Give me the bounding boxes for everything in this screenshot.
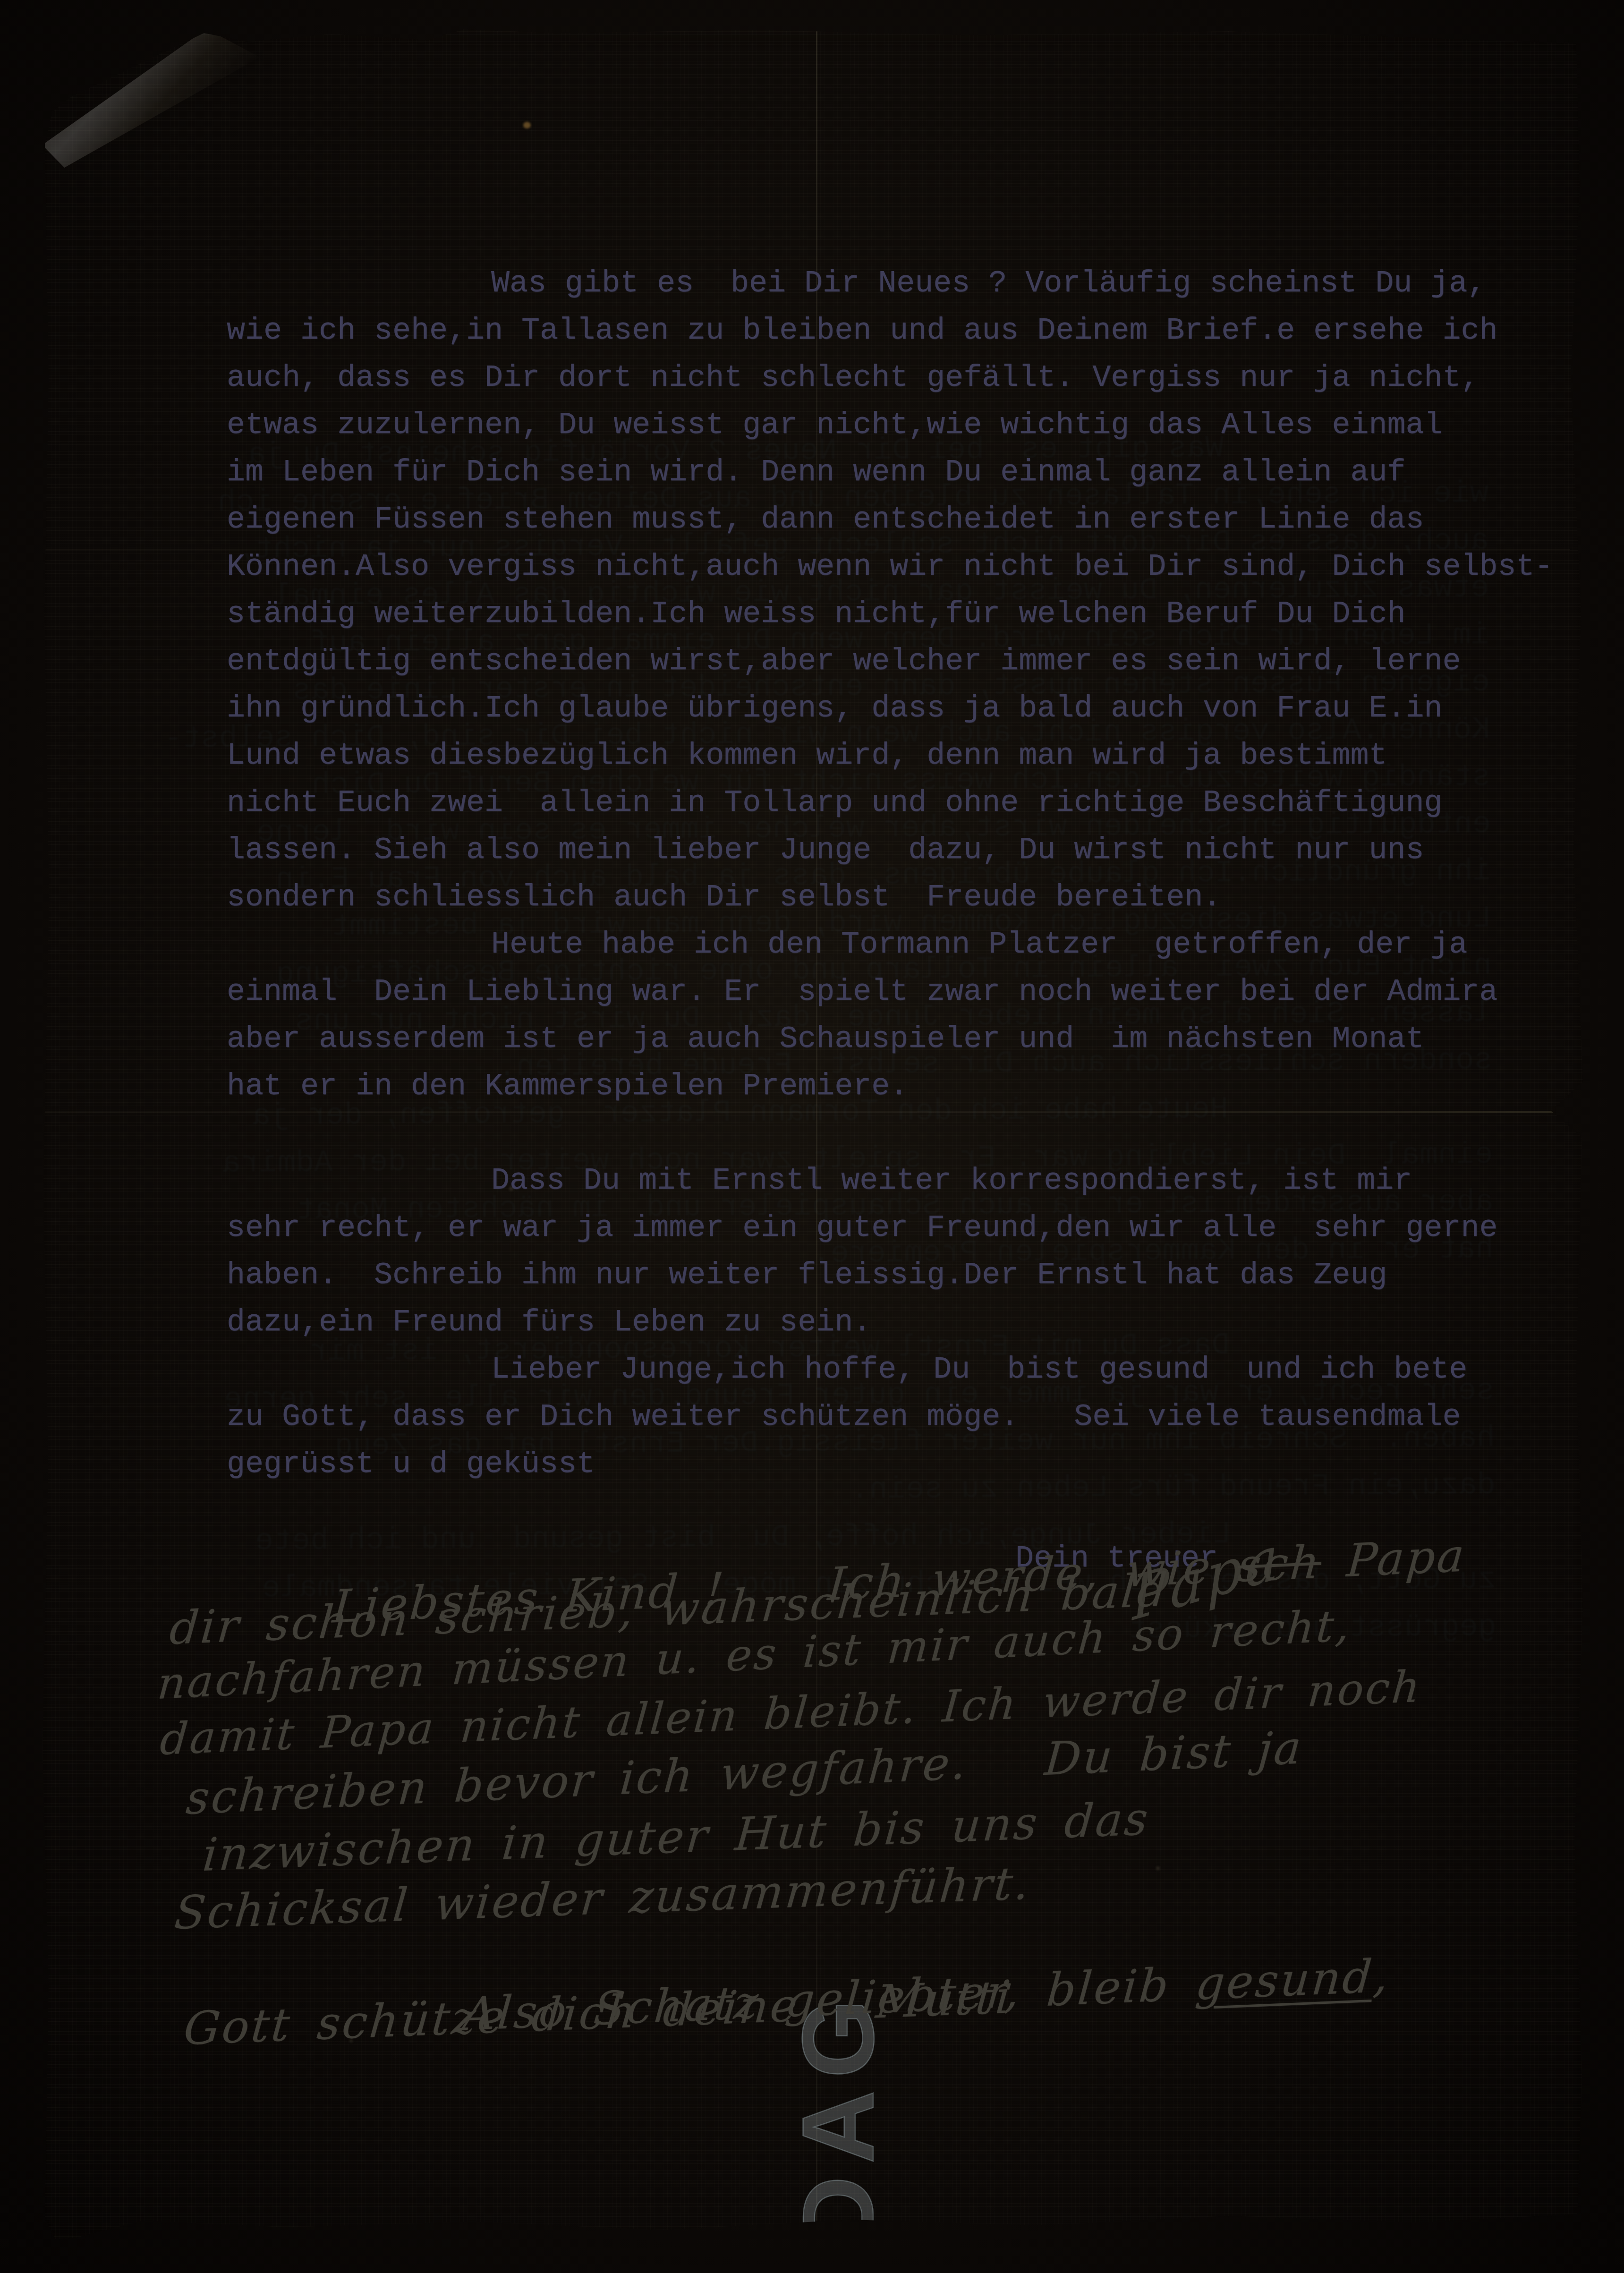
scan-background: Was gibt es bei Dir Neues ? Vorläufig sc… (0, 0, 1624, 2273)
letter-paper: Was gibt es bei Dir Neues ? Vorläufig sc… (0, 0, 1624, 2273)
edge-vignette (0, 0, 1624, 2273)
